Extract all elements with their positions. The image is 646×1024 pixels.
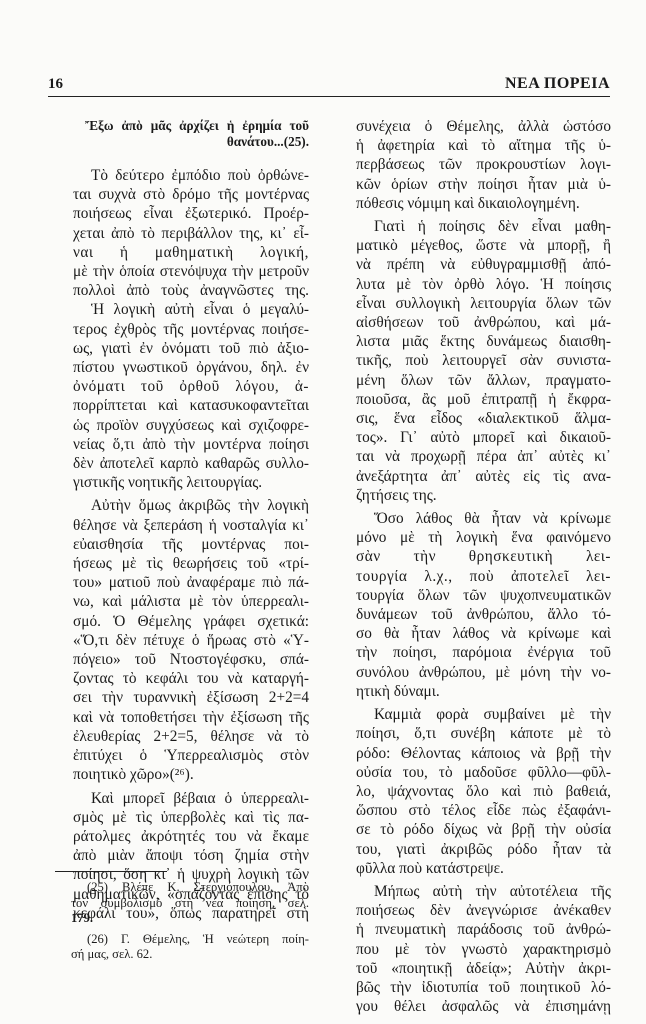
footnote-rule bbox=[55, 871, 167, 872]
text-line: θέλησε νὰ ξεπεράση ἡ νοσταλγία κι᾿ bbox=[55, 516, 309, 535]
text-line: του» ματιοῦ ποὺ ἀναφέραμε πιὸ πά- bbox=[55, 573, 309, 592]
paragraph: Καμμιὰ φορὰ συμβαίνει μὲ τὴν ποίησι, ὅ,τ… bbox=[338, 705, 611, 878]
epigraph-line: Ἔξω ἀπὸ μᾶς ἀρχίζει ἡ ἐρημία τοῦ bbox=[85, 118, 309, 134]
journal-title: ΝΕΑ ΠΟΡΕΙΑ bbox=[505, 75, 610, 93]
text-line: ται συχνὰ στὸ δρόμο τῆς μοντέρνας bbox=[55, 185, 309, 204]
document-page: 16 ΝΕΑ ΠΟΡΕΙΑ Ἔξω ἀπὸ μᾶς ἀρχίζει ἡ ἐρημ… bbox=[0, 0, 646, 1024]
text-line: οὐσία του, τὸ μαδοῦσε φῦλλο—φῦλ- bbox=[338, 763, 611, 782]
text-line: ποιήσεως εἶναι ἐξωτερικό. Προέρ- bbox=[55, 204, 309, 223]
text-line: ποιητικὸ χῶρο»(²⁶). bbox=[55, 765, 309, 784]
text-line: τερος ἐχθρὸς τῆς μοντέρνας ποιήσε- bbox=[55, 320, 309, 339]
footnote-line: τὸν συμβολισμὸ στὴ νέα ποίηση, σελ. bbox=[55, 896, 309, 912]
text-line-emphasis: τουργία λ.χ., ποὺ ἀποτελεῖ λει- bbox=[338, 567, 611, 586]
footnote-line: (26) Γ. Θέμελης, Ἡ νεώτερη ποίη- bbox=[55, 932, 309, 948]
text-line: ρόδο: Θέλοντας κάποιος νὰ βρῇ τὴν bbox=[338, 744, 611, 763]
text-line: γου θέλει ἀσφαλῶς νὰ ἐπισημάνῃ bbox=[338, 997, 611, 1016]
text-line: καὶ νὰ τοποθετήσει τὴν ἐξίσωση τῆς bbox=[55, 708, 309, 727]
text-line: συνέχεια ὁ Θέμελης, ἀλλὰ ὡστόσο bbox=[338, 117, 611, 136]
text-line: εἶναι συλλογικὴ λειτουργία ὅλων τῶν bbox=[338, 294, 611, 313]
text-line: πίστου γνωστικοῦ ὀργάνου, δηλ. ἐν bbox=[55, 358, 309, 377]
text-line-emphasis: ναι ἡ μαθηματικὴ λογική, bbox=[55, 243, 309, 262]
text-line: Ὅσο λάθος θὰ ἦταν νὰ κρίνωμε bbox=[338, 509, 611, 528]
text-line: σε τὸ ρόδο δίχως νὰ βρῇ τὴν οὐσία bbox=[338, 820, 611, 839]
right-column: συνέχεια ὁ Θέμελης, ἀλλὰ ὡστόσο ἡ ἀφετηρ… bbox=[338, 116, 611, 1016]
text-line-emphasis: ὀνόματι τοῦ ὀρθοῦ λόγου, ἀ- bbox=[55, 377, 309, 396]
text-line: Καμμιὰ φορὰ συμβαίνει μὲ τὴν bbox=[338, 705, 611, 724]
paragraph: Ὅσο λάθος θὰ ἦταν νὰ κρίνωμε μόνο μὲ τὴ … bbox=[338, 509, 611, 701]
text-line: λο, ψάχνοντας ὅλο καὶ πιὸ βαθειά, bbox=[338, 782, 611, 801]
epigraph-line: θανάτου...(25). bbox=[85, 134, 309, 150]
text-line: τοῦ «ποιητικῇ ἀδείᾳ»; Αὐτὴν ἀκρι- bbox=[338, 959, 611, 978]
text-line: χεται ἀπὸ τὸ περιβάλλον της, κι᾿ εἶ- bbox=[55, 224, 309, 243]
footnote-line: (25) Βλέπε Κ. Στεργιόπουλου, Ἀπὸ bbox=[55, 880, 309, 896]
text-line: συνόλου ἀνθρώπου, μὲ μόνη τὴν νο- bbox=[338, 663, 611, 682]
text-line: μὲ τὴν ὁποία στενόψυχα τὴν μετροῦν bbox=[55, 262, 309, 281]
running-head: 16 ΝΕΑ ΠΟΡΕΙΑ bbox=[48, 76, 610, 96]
footnote-26: (26) Γ. Θέμελης, Ἡ νεώτερη ποίη- σή μας,… bbox=[55, 932, 309, 963]
text-line: ητικὴ δύναμι. bbox=[338, 682, 611, 701]
text-line: σμό. Ὁ Θέμελης γράφει σχετικά: bbox=[55, 612, 309, 631]
text-line: ήσεως μὲ τὶς θεωρήσεις τοῦ «τρί- bbox=[55, 554, 309, 573]
text-line: Καὶ μπορεῖ βέβαια ὁ ὑπερρεαλι- bbox=[55, 789, 309, 808]
header-rule bbox=[48, 96, 610, 97]
text-line-emphasis: σὰν τὴν θρησκευτικὴ λει- bbox=[338, 547, 611, 566]
paragraph: Τὸ δεύτερο ἐμπόδιο ποὺ ὀρθώνε- ται συχνὰ… bbox=[55, 166, 309, 300]
text-line: Ἡ λογικὴ αὐτὴ εἶναι ὁ μεγαλύ- bbox=[55, 300, 309, 319]
text-line: πόγειο» τοῦ Ντοστογέφσκυ, σπά- bbox=[55, 650, 309, 669]
text-line: νείας ὅ,τι ἀπὸ τὴν μοντέρνα ποίησι bbox=[55, 435, 309, 454]
text-line: εὐαισθησία τῆς μοντέρνας ποι- bbox=[55, 535, 309, 554]
text-line: κῶν ὁρίων στὴν ποίησι ἦταν μιὰ ὑ- bbox=[338, 175, 611, 194]
text-line: ἀπὸ μιὰν ἄποψι τόση ζημία στὴν bbox=[55, 846, 309, 865]
paragraph-continuation: συνέχεια ὁ Θέμελης, ἀλλὰ ὡστόσο ἡ ἀφετηρ… bbox=[338, 117, 611, 213]
text-line: ματικὸ μέγεθος, ὥστε νὰ μπορῇ, ἢ bbox=[338, 236, 611, 255]
text-line: Τὸ δεύτερο ἐμπόδιο ποὺ ὀρθώνε- bbox=[55, 166, 309, 185]
text-line: Γιατὶ ἡ ποίησις δὲν εἶναι μαθη- bbox=[338, 217, 611, 236]
text-line: μόνο μὲ τὴ λογικὴ ἕνα φαινόμενο bbox=[338, 528, 611, 547]
text-line: ὥσπου στὸ τέλος εἶδε πὼς ἐξαφάνι- bbox=[338, 801, 611, 820]
text-line: νω, καὶ μάλιστα μὲ τὸν ὑπερρεαλι- bbox=[55, 592, 309, 611]
footnotes: (25) Βλέπε Κ. Στεργιόπουλου, Ἀπὸ τὸν συμ… bbox=[55, 880, 309, 968]
text-line: πόθεσις νόμιμη καὶ δικαιολογημένη. bbox=[338, 194, 611, 213]
text-line: φῦλλα ποὺ κατάστρεψε. bbox=[338, 859, 611, 878]
text-line: ζοντας τὸ κεφάλι του νὰ καταργή- bbox=[55, 669, 309, 688]
text-line: Μήπως αὐτὴ τὴν αὐτοτέλεια τῆς bbox=[338, 882, 611, 901]
text-line: βῶς τὴν ἰδιοτυπία τοῦ ποιητικοῦ λό- bbox=[338, 978, 611, 997]
text-line: ὡς προϊὸν συγχύσεως καὶ σχιζοφρε- bbox=[55, 416, 309, 435]
text-line: τουργία ὅλων τῶν ψυχοπνευματικῶν bbox=[338, 586, 611, 605]
footnote-line: σή μας, σελ. 62. bbox=[55, 947, 309, 963]
text-line: που μὲ τὸν γνωστὸ χαρακτηρισμὸ bbox=[338, 940, 611, 959]
text-line: τος». Γι᾿ αὐτὸ μπορεῖ καὶ δικαιοῦ- bbox=[338, 428, 611, 447]
text-line: σις, ἕνα εἶδος «διαλεκτικοῦ ἅλμα- bbox=[338, 409, 611, 428]
footnote-line: 179. bbox=[55, 911, 309, 927]
text-line: δυνάμεων τοῦ ἀνθρώπου, ἄλλο τό- bbox=[338, 605, 611, 624]
text-line: δὲν ἀποτελεῖ καρπὸ καθαρῶς συλλο- bbox=[55, 454, 309, 473]
text-line: ποίησι, ὅ,τι συνέβη κάποτε μὲ τὸ bbox=[338, 724, 611, 743]
text-line: περβάσεως τῶν προκρουστίων λογι- bbox=[338, 155, 611, 174]
text-line: ποιοῦσα, ἂς μοῦ ἐπιτραπῇ ἡ ἔκφρα- bbox=[338, 390, 611, 409]
paragraph: Ἡ λογικὴ αὐτὴ εἶναι ὁ μεγαλύ- τερος ἐχθρ… bbox=[55, 300, 309, 492]
footnote-25: (25) Βλέπε Κ. Στεργιόπουλου, Ἀπὸ τὸν συμ… bbox=[55, 880, 309, 927]
text-line: ἀνεξάρτητα ἀπ᾿ αὐτὲς εἰς τὶς ανα- bbox=[338, 467, 611, 486]
text-line: ζητήσεις της. bbox=[338, 486, 611, 505]
text-line: ἐλευθερίας 2+2=5, θέλησε νὰ τὸ bbox=[55, 727, 309, 746]
text-line: γιστικῆς νοητικῆς λειτουργίας. bbox=[55, 473, 309, 492]
left-column: Ἔξω ἀπὸ μᾶς ἀρχίζει ἡ ἐρημία τοῦ θανάτου… bbox=[55, 116, 309, 923]
text-line: λυτα μὲ τὸν ὀρθὸ λόγο. Ἡ ποίησις bbox=[338, 275, 611, 294]
text-line: ως, γιατὶ ἐν ὀνόματι τοῦ πιὸ ἀξιο- bbox=[55, 339, 309, 358]
text-line: ται νὰ προχωρῇ πέρα ἀπ᾿ αὐτὲς κι᾿ bbox=[338, 447, 611, 466]
paragraph: Αὐτὴν ὅμως ἀκριβῶς τὴν λογικὴ θέλησε νὰ … bbox=[55, 496, 309, 784]
text-line: τικῆς, ποὺ λειτουργεῖ σὰν συνιστα- bbox=[338, 351, 611, 370]
text-line: πολλοὶ ἀπὸ τοὺς ἀναγνῶστες της. bbox=[55, 281, 309, 300]
text-line: ράτολμες ἀκρότητές του νὰ ἔκαμε bbox=[55, 827, 309, 846]
text-line: του, γιατὶ ἀκριβῶς ρόδο ἦταν τὰ bbox=[338, 840, 611, 859]
text-line: τὴν ποίησι, παρόμοια ἐνέργια τοῦ bbox=[338, 643, 611, 662]
text-line: σει τὴν τυραννικὴ ἐξίσωση 2+2=4 bbox=[55, 688, 309, 707]
text-line: μένη ὅλων τῶν ἄλλων, πραγματο- bbox=[338, 371, 611, 390]
text-line: νὰ πρέπη νὰ εὐθυγραμμισθῇ ἀπό- bbox=[338, 255, 611, 274]
text-line: πορρίπτεται καὶ κατασυκοφαντεῖται bbox=[55, 396, 309, 415]
text-line: σο θὰ ἦταν λάθος νὰ κρίνωμε καὶ bbox=[338, 624, 611, 643]
text-line: λιστα μιᾶς ἕκτης δυνάμεως διαισθη- bbox=[338, 332, 611, 351]
text-line: Αὐτὴν ὅμως ἀκριβῶς τὴν λογικὴ bbox=[55, 496, 309, 515]
text-line: σμὸς μὲ τὶς ὑπερβολὲς καὶ τὶς πα- bbox=[55, 808, 309, 827]
epigraph: Ἔξω ἀπὸ μᾶς ἀρχίζει ἡ ἐρημία τοῦ θανάτου… bbox=[85, 118, 309, 150]
text-line: ἐπιτύχει ὁ Ὑπερρεαλισμὸς στὸν bbox=[55, 746, 309, 765]
paragraph: Γιατὶ ἡ ποίησις δὲν εἶναι μαθη- ματικὸ μ… bbox=[338, 217, 611, 505]
text-line: ἡ πνευματικὴ παράδοσις τοῦ ἀνθρώ- bbox=[338, 920, 611, 939]
page-number: 16 bbox=[48, 76, 63, 93]
text-line: ἡ ἀφετηρία καὶ τὸ αἴτημα τῆς ὑ- bbox=[338, 136, 611, 155]
text-line: «Ὅ,τι δὲν πέτυχε ὁ ἥρωας στὸ «Ὑ- bbox=[55, 631, 309, 650]
text-line: αἰσθήσεων τοῦ ἀνθρώπου, καὶ μά- bbox=[338, 313, 611, 332]
text-line: ποιήσεως δὲν ἀνεγνώρισε ἀνέκαθεν bbox=[338, 901, 611, 920]
paragraph: Μήπως αὐτὴ τὴν αὐτοτέλεια τῆς ποιήσεως δ… bbox=[338, 882, 611, 1016]
